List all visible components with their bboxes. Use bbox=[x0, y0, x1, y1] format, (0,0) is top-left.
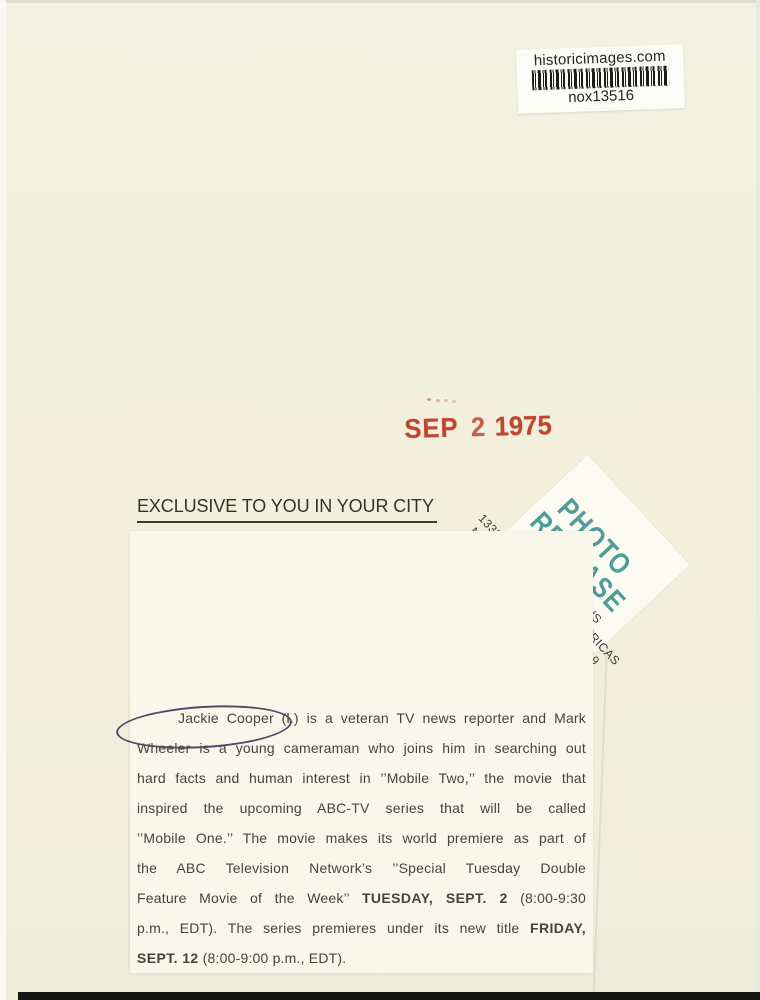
caption-line: p.m., EDT). The series premieres under i… bbox=[137, 913, 586, 943]
caption-line: hard facts and human interest in ’’Mobil… bbox=[137, 763, 586, 793]
photo-back-scan: historicimages.com nox13516 SEP21975 EXC… bbox=[0, 0, 760, 1000]
caption-line: the ABC Television Network’s ’’Special T… bbox=[137, 853, 586, 883]
barcode-sticker: historicimages.com nox13516 bbox=[516, 44, 685, 114]
caption-slip: Jackie Cooper (l.) is a veteran TV news … bbox=[130, 531, 593, 973]
scan-edge-left bbox=[0, 0, 6, 1000]
caption-line: Feature Movie of the Week’’ TUESDAY, SEP… bbox=[137, 883, 586, 913]
crease-line bbox=[592, 646, 608, 1000]
scan-edge-top bbox=[0, 0, 760, 3]
date-stamp-year: 1975 bbox=[494, 410, 552, 441]
scan-edge-right bbox=[756, 0, 760, 1000]
caption-line: ’’Mobile One.’’ The movie makes its worl… bbox=[137, 823, 586, 853]
date-stamp-day: 2 bbox=[471, 412, 487, 442]
date-stamp-month: SEP bbox=[404, 413, 459, 444]
exclusive-header: EXCLUSIVE TO YOU IN YOUR CITY bbox=[137, 496, 437, 523]
caption-line: SEPT. 12 (8:00-9:00 p.m., EDT). bbox=[137, 943, 586, 973]
date-stamp: SEP21975 bbox=[404, 410, 552, 445]
scan-edge-bottom bbox=[18, 992, 760, 1000]
caption-line: inspired the upcoming ABC-TV series that… bbox=[137, 793, 586, 823]
ink-dots bbox=[427, 398, 431, 401]
